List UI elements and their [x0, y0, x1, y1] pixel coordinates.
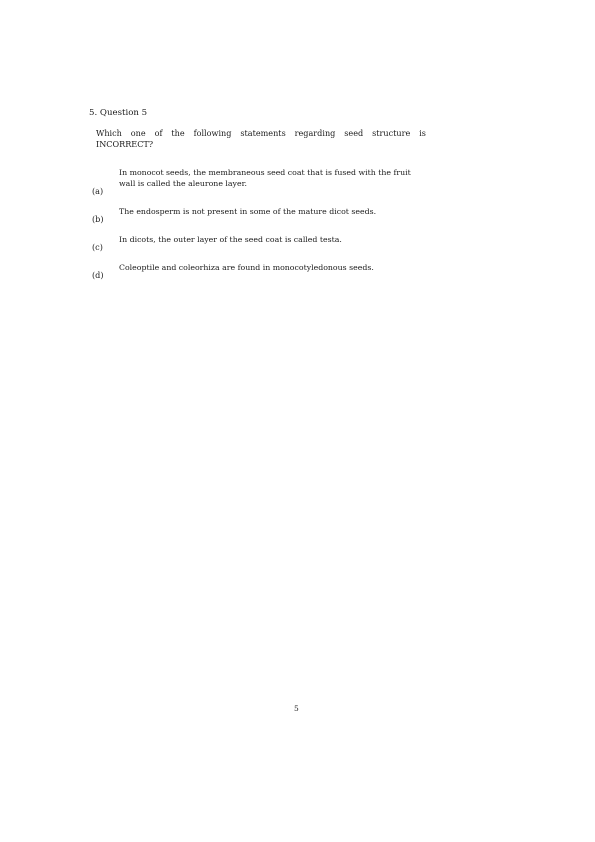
page-number: 5: [294, 704, 299, 713]
question-title: 5. Question 5: [89, 108, 147, 118]
question-stem-line-1: Which one of the following statements re…: [96, 128, 426, 139]
option-b-label: (b): [92, 214, 104, 224]
option-b-text: The endosperm is not present in some of …: [119, 207, 449, 218]
stem-word: of: [155, 128, 163, 139]
question-stem-line-2: INCORRECT?: [96, 139, 426, 150]
option-a-label: (a): [92, 186, 103, 196]
stem-word: the: [171, 128, 184, 139]
option-d-label: (d): [92, 270, 104, 280]
option-c-text: In dicots, the outer layer of the seed c…: [119, 235, 449, 246]
stem-word: is: [419, 128, 426, 139]
option-d-text: Coleoptile and coleorhiza are found in m…: [119, 263, 449, 274]
stem-word: following: [194, 128, 232, 139]
stem-word: regarding: [295, 128, 336, 139]
option-c-label: (c): [92, 242, 103, 252]
stem-word: Which: [96, 128, 122, 139]
stem-word: statements: [240, 128, 285, 139]
question-stem: Which one of the following statements re…: [96, 128, 426, 149]
stem-word: seed: [344, 128, 363, 139]
option-a-line-2: wall is called the aleurone layer.: [119, 179, 449, 190]
option-a-text: In monocot seeds, the membraneous seed c…: [119, 168, 449, 189]
stem-word: structure: [372, 128, 410, 139]
stem-word: one: [131, 128, 146, 139]
option-a-line-1: In monocot seeds, the membraneous seed c…: [119, 168, 449, 179]
